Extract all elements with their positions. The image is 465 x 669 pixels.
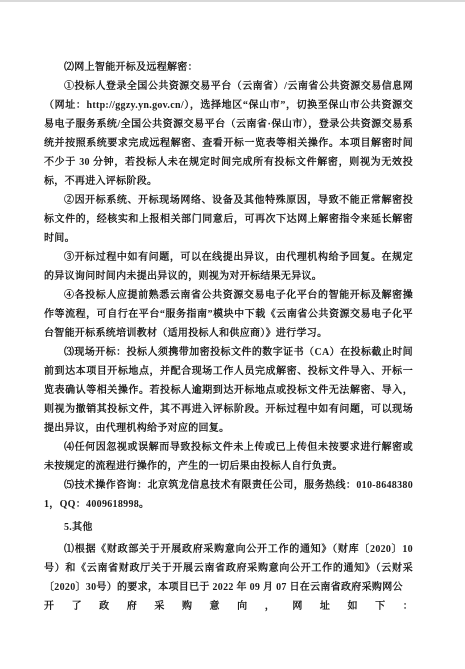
procurement-intent-paragraph: ⑴根据《财政部关于开展政府采购意向公开工作的通知》（财库〔2020〕10号）和《… (44, 540, 413, 597)
document-page: ⑵网上智能开标及远程解密： ①投标人登录全国公共资源交易平台（云南省）/云南省公… (0, 0, 465, 669)
training-material-paragraph: ④各投标人应提前熟悉云南省公共资源交易电子化平台的智能开标及解密操作等流程，可自… (44, 286, 413, 343)
objection-online-paragraph: ③开标过程中如有问题，可以在线提出异议，由代理机构给予回复。在规定的异议询问时间… (44, 248, 413, 286)
onsite-bid-opening-paragraph: ⑶现场开标：投标人须携带加密投标文件的数字证书（CA）在投标截止时间前到达本项目… (44, 343, 413, 438)
tech-support-paragraph: ⑸技术操作咨询：北京筑龙信息技术有限责任公司，服务热线：010-86483801… (44, 476, 413, 514)
system-failure-paragraph: ②因开标系统、开标现场网络、设备及其他特殊原因，导致不能正常解密投标文件的，经核… (44, 191, 413, 248)
bidder-login-paragraph: ①投标人登录全国公共资源交易平台（云南省）/云南省公共资源交易信息网（网址：ht… (44, 77, 413, 191)
procurement-intent-lastline: 开了政府采购意向，网址如下： (44, 597, 413, 616)
page-top-scan-edge (0, 0, 465, 2)
others-section-heading: 5.其他 (44, 518, 413, 537)
liability-paragraph: ⑷任何因忽视或误解而导致投标文件未上传或已上传但未按要求进行解密或未按规定的流程… (44, 438, 413, 476)
remote-bid-heading: ⑵网上智能开标及远程解密： (44, 58, 413, 77)
document-content: ⑵网上智能开标及远程解密： ①投标人登录全国公共资源交易平台（云南省）/云南省公… (44, 58, 413, 616)
